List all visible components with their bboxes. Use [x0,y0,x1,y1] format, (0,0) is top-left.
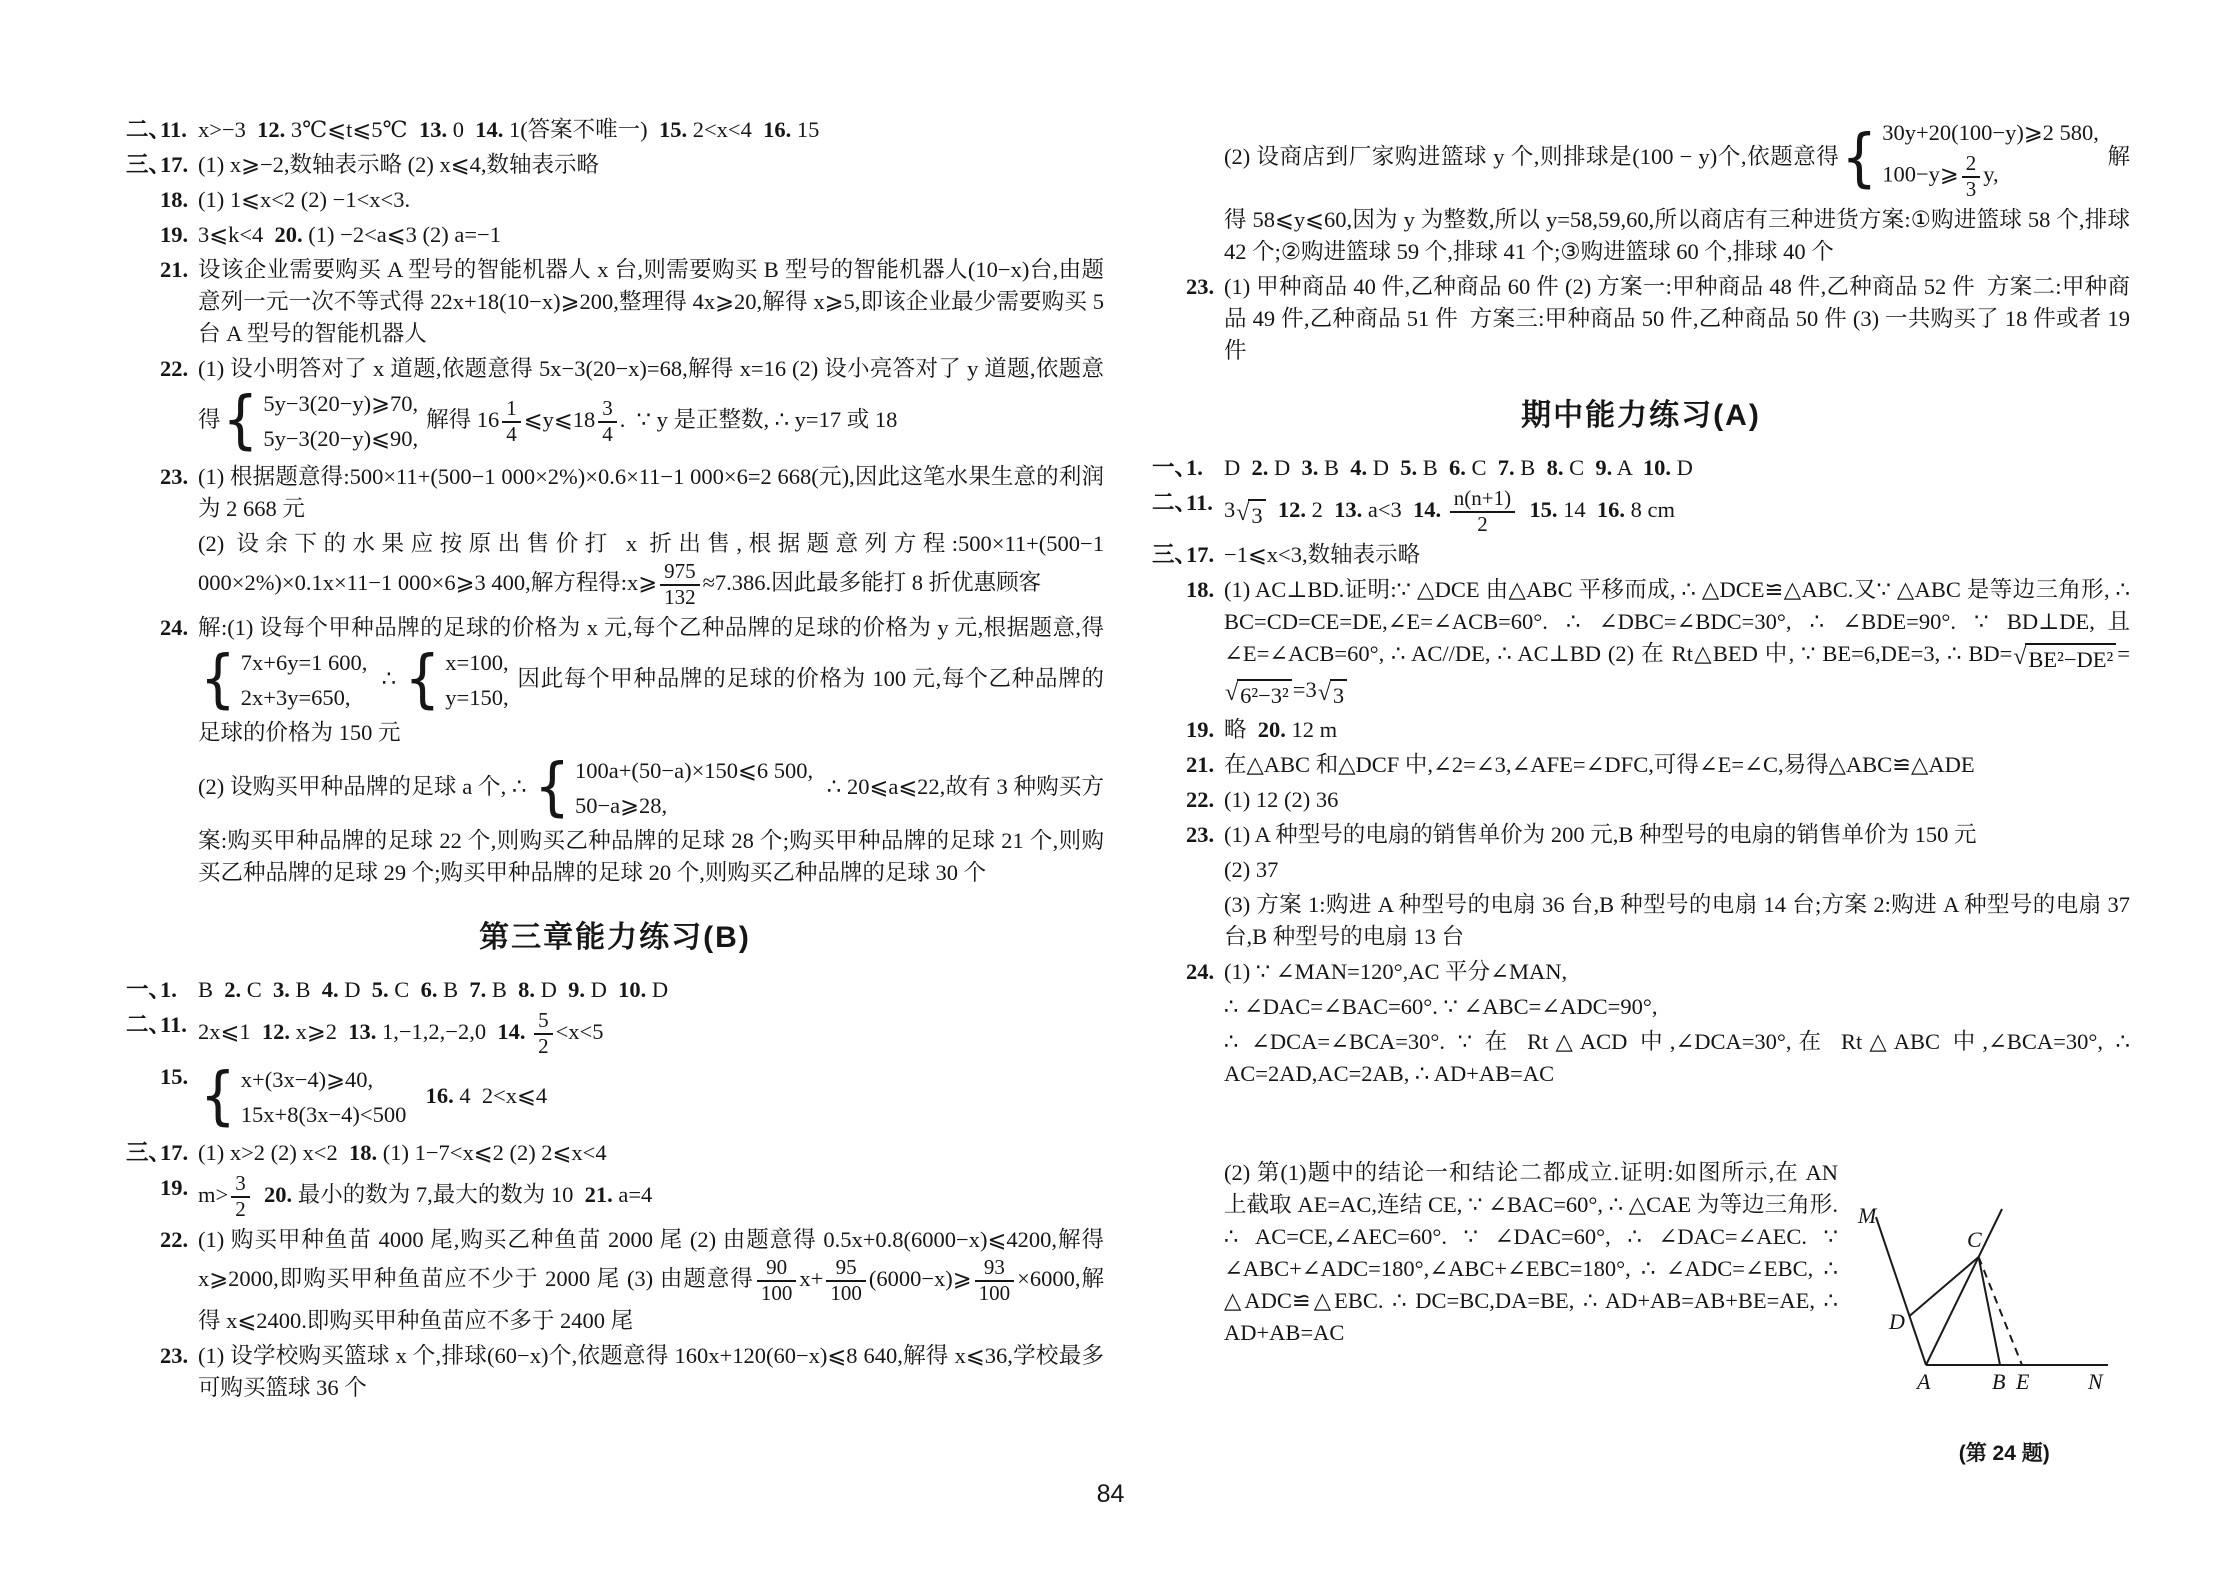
item-number: 22. [160,1224,188,1256]
text-run: 14. [1413,497,1441,522]
item-content: (1) x⩾−2,数轴表示略 (2) x⩽4,数轴表示略 [198,152,599,177]
answer-item: 23.(1) 根据题意得:500×11+(500−1 000×2%)×0.6×1… [126,461,1104,525]
fraction-denominator: 100 [975,1282,1015,1306]
fraction: 90100 [757,1256,797,1305]
text-run: D [1671,455,1693,480]
text-run: 8. [518,977,535,1002]
fraction-numerator: 1 [502,397,521,423]
system-line: 7x+6y=1 600, [241,647,368,679]
text-run: = [2117,641,2130,666]
text-run: (3) 方案 1:购进 A 种型号的电扇 36 台,B 种型号的电扇 14 台;… [1224,892,2136,949]
answer-item: 一、1.B 2. C 3. B 4. D 5. C 6. B 7. B 8. D… [126,974,1104,1006]
segment-DC [1910,1257,1979,1316]
item-content: (1) 设学校购买篮球 x 个,排球(60−x)个,依题意得 160x+120(… [198,1343,1104,1400]
text-run: B [1515,455,1547,480]
item-content: (1) 设小明答对了 x 道题,依题意得 5x−3(20−x)=68,解得 x=… [198,356,1104,432]
item-number: 22. [1186,784,1214,816]
text-run [414,1083,425,1108]
radicand: BE²−DE² [2025,643,2116,674]
answer-item: 18.(1) AC⊥BD.证明:∵ △DCE 由△ABC 平移而成, ∴ △DC… [1152,574,2130,711]
text-run: 2x⩽1 [198,1019,262,1044]
system-line: 2x+3y=650, [241,682,368,714]
answer-item: 三、17.(1) x⩾−2,数轴表示略 (2) x⩽4,数轴表示略 [126,149,1104,181]
text-run: 6. [1449,455,1466,480]
fraction-numerator: 5 [534,1009,553,1035]
text-run: 设该企业需要购买 A 型号的智能机器人 x 台,则需要购买 B 型号的智能机器人… [198,257,1110,346]
text-run: 9. [568,977,585,1002]
text-run: (1) 1−7<x⩽2 (2) 2⩽x<4 [377,1140,607,1165]
system-lines: 7x+6y=1 600,2x+3y=650, [241,647,368,714]
text-run: x>−3 [198,117,257,142]
text-run: −1⩽x<3,数轴表示略 [1224,542,1420,567]
fraction-numerator: 2 [1962,152,1981,178]
text-run: D [1224,455,1252,480]
item-number: 18. [1186,574,1214,606]
text-run: 略 [1224,717,1258,742]
answer-item: 二、11.x>−3 12. 3℃⩽t⩽5℃ 13. 0 14. 1(答案不唯一)… [126,114,1104,146]
system-line: 30y+20(100−y)⩾2 580, [1882,117,2099,149]
text-run: a=4 [613,1182,653,1207]
text-run: D [646,977,668,1002]
text-run: D [585,977,618,1002]
system-line: 15x+8(3x−4)<500 [241,1099,407,1131]
text-run: x=100, [445,650,508,675]
text-run: y=150, [445,685,508,710]
system-lines: x=100,y=150, [445,647,508,714]
item-content: 3⩽k<4 20. (1) −2<a⩽3 (2) a=−1 [198,222,501,247]
item-number: 22. [160,353,188,385]
text-run: 13. [1334,497,1362,522]
item-content: (3) 方案 1:购进 A 种型号的电扇 36 台,B 种型号的电扇 14 台;… [1224,892,2136,949]
text-run: 14. [475,117,503,142]
item-content: (2) 设余下的水果应按原出售价打 x 折出售,根据题意列方程:500×11+(… [198,531,1110,595]
item-content: (2) 设购买甲种品牌的足球 a 个, ∴ {100a+(50−a)×150⩽6… [198,774,1104,885]
text-run: 15 [791,117,819,142]
item-content: (1) AC⊥BD.证明:∵ △DCE 由△ABC 平移而成, ∴ △DCE≌△… [1224,577,2136,702]
text-run: 2. [1252,455,1269,480]
text-run: 50−a⩾28, [575,793,667,818]
text-run: 最小的数为 7,最大的数为 10 [292,1182,585,1207]
text-run: 21. [585,1182,613,1207]
text-run: (1) −2<a⩽3 (2) a=−1 [303,222,501,247]
system-lines: 100a+(50−a)×150⩽6 500,50−a⩾28, [575,755,813,822]
answer-item: 15.{x+(3x−4)⩾40,15x+8(3x−4)<500 16. 4 2<… [126,1061,1104,1134]
fraction-denominator: 4 [598,423,617,447]
line-MA [1876,1217,1926,1365]
text-run: (1) 1⩽x<2 (2) −1<x<3. [198,187,410,212]
text-run [1441,497,1447,522]
radical: √6²−3² [1225,679,1292,710]
item-content: ∴ ∠DCA=∠BCA=30°. ∵ 在 Rt△ACD 中,∠DCA=30°,在… [1224,1029,2134,1086]
radicand: 3 [1248,499,1265,530]
answer-item: 22.(1) 12 (2) 36 [1152,784,2130,816]
answer-item: 二、11.2x⩽1 12. x⩾2 13. 1,−1,2,−2,0 14. 52… [126,1009,1104,1058]
item-number: 1. [160,974,177,1006]
item-number: 23. [160,1340,188,1372]
answer-item: 23.(1) 设学校购买篮球 x 个,排球(60−x)个,依题意得 160x+1… [126,1340,1104,1404]
fraction: 23 [1962,152,1981,201]
text-run: ⩽y⩽18 [524,407,595,432]
text-run: 3 [1224,497,1235,522]
fraction-denominator: 100 [826,1282,866,1306]
answer-sub-paragraph: (2) 37 [1152,854,2130,886]
item-number: 21. [160,254,188,286]
text-run: 3⩽k<4 [198,222,275,247]
item-content: B 2. C 3. B 4. D 5. C 6. B 7. B 8. D 9. … [198,977,668,1002]
item-number: 1. [1186,452,1203,484]
answer-item: 19.略 20. 12 m [1152,714,2130,746]
point-label-A: A [1915,1369,1931,1394]
text-run: 0 [447,117,475,142]
text-run: 4 2<x⩽4 [454,1083,547,1108]
item-content: (1) x>2 (2) x<2 18. (1) 1−7<x⩽2 (2) 2⩽x<… [198,1140,607,1165]
answer-sub-paragraph: (3) 方案 1:购进 A 种型号的电扇 36 台,B 种型号的电扇 14 台;… [1152,889,2130,953]
text-run: A [1612,455,1643,480]
figure-caption: (第 24 题) [1959,1442,2050,1465]
fraction: 32 [231,1172,250,1221]
text-run: 20. [264,1182,292,1207]
fraction: 975132 [660,560,700,609]
system-line: x=100, [445,647,508,679]
left-brace-glyph: { [404,649,440,712]
radical: √BE²−DE² [2013,643,2116,674]
answer-item: 22.(1) 购买甲种鱼苗 4000 尾,购买乙种鱼苗 2000 尾 (2) 由… [126,1224,1104,1337]
text-run: D [1367,455,1400,480]
geometry-figure: M C D A B E N [1856,1193,2130,1405]
text-run: (1) AC⊥BD.证明:∵ △DCE 由△ABC 平移而成, ∴ △DCE≌△… [1224,577,2136,666]
text-run: 16. [1597,497,1625,522]
text-run: (1) 根据题意得:500×11+(500−1 000×2%)×0.6×11−1… [198,464,1104,521]
text-run: 15. [659,117,687,142]
item-number: 23. [160,461,188,493]
section-heading: 第三章能力练习(B) [126,892,1104,974]
fraction: 14 [502,397,521,446]
item-content: −1⩽x<3,数轴表示略 [1224,542,1420,567]
item-content: m>32 20. 最小的数为 7,最大的数为 10 21. a=4 [198,1182,652,1207]
left-brace-glyph: { [223,390,259,453]
text-run: (1) ∵ ∠MAN=120°,AC 平分∠MAN, [1224,959,1567,984]
item-number: 24. [160,612,188,644]
fraction-numerator: 93 [975,1256,1015,1282]
text-run: B [486,977,518,1002]
text-run: m> [198,1182,228,1207]
section-heading: 期中能力练习(A) [1152,370,2130,452]
figure-problem-24: M C D A B E N (第 24 题) [1856,1129,2130,1502]
text-run: (1) 12 (2) 36 [1224,787,1338,812]
text-run: 9. [1595,455,1612,480]
text-run: 10. [618,977,646,1002]
fraction: 95100 [826,1256,866,1305]
text-run: C [1563,455,1595,480]
text-run: 4. [322,977,339,1002]
page-number: 84 [0,1478,2221,1510]
text-run: a<3 [1362,497,1413,522]
answer-item: 21.在△ABC 和△DCF 中,∠2=∠3,∠AFE=∠DFC,可得∠E=∠C… [1152,749,2130,781]
fraction: 34 [598,397,617,446]
item-content: 设该企业需要购买 A 型号的智能机器人 x 台,则需要购买 B 型号的智能机器人… [198,257,1110,346]
text-run: 3℃⩽t⩽5℃ [285,117,419,142]
item-content: 解:(1) 设每个甲种品牌的足球的价格为 x 元,每个乙种品牌的足球的价格为 y… [198,615,1104,745]
answers-column-right: (2) 设商店到厂家购进篮球 y 个,则排球是(100 − y)个,依题意得{3… [1152,114,2130,1506]
fraction-denominator: 4 [502,423,521,447]
text-run: ≈7.386.因此最多能打 8 折优惠顾客 [703,570,1042,595]
left-brace-glyph: { [534,757,570,820]
fraction-numerator: 975 [660,560,700,586]
system-line: 50−a⩾28, [575,790,813,822]
text-run: . ∵ y 是正整数, ∴ y=17 或 18 [620,407,898,432]
fraction: 52 [534,1009,553,1058]
system-line: y=150, [445,682,508,714]
text-run: D [535,977,568,1002]
answer-sub-paragraph: (2) 设余下的水果应按原出售价打 x 折出售,根据题意列方程:500×11+(… [126,528,1104,609]
item-number: 24. [1186,956,1214,988]
point-label-E: E [2015,1369,2030,1394]
fraction-denominator: 100 [757,1282,797,1306]
text-run: x+(3x−4)⩾40, [241,1067,373,1092]
text-run [253,1182,264,1207]
left-brace-glyph: { [1841,128,1877,191]
item-number: 17. [160,149,188,181]
fraction-numerator: 3 [231,1172,250,1198]
system-line: 100−y⩾23y, [1882,152,2099,201]
text-run: (6000−x)⩾ [869,1266,972,1291]
item-content: (2) 设商店到厂家购进篮球 y 个,则排球是(100 − y)个,依题意得{3… [1224,144,2136,264]
answers-column-left: 二、11.x>−3 12. 3℃⩽t⩽5℃ 13. 0 14. 1(答案不唯一)… [126,114,1104,1407]
system-line: 5y−3(20−y)⩽90, [263,423,418,455]
answer-sub-paragraph: (2) 设商店到厂家购进篮球 y 个,则排球是(100 − y)个,依题意得{3… [1152,114,2130,268]
item-number: 15. [160,1061,188,1093]
item-content: (1) 1⩽x<2 (2) −1<x<3. [198,187,410,212]
segment-CE-dashed [1979,1257,2022,1365]
text-run: B [290,977,322,1002]
system-lines: x+(3x−4)⩾40,15x+8(3x−4)<500 [241,1064,407,1131]
text-run: 12. [1278,497,1306,522]
point-label-B: B [1992,1369,2005,1394]
text-run: 14. [497,1019,525,1044]
text-run: C [241,977,273,1002]
fraction-denominator: 132 [660,586,700,610]
text-run: x⩾2 [290,1019,348,1044]
point-label-D: D [1888,1309,1905,1334]
answer-item: 一、1.D 2. D 3. B 4. D 5. B 6. C 7. B 8. C… [1152,452,2130,484]
answer-item: 二、11.3√3 12. 2 13. a<3 14. n(n+1)2 15. 1… [1152,487,2130,536]
text-run: 18. [349,1140,377,1165]
book-page: 二、11.x>−3 12. 3℃⩽t⩽5℃ 13. 0 14. 1(答案不唯一)… [0,0,2221,1571]
text-run: ∴ [375,666,402,691]
item-number: 19. [1186,714,1214,746]
text-run: 2 [1306,497,1334,522]
item-number: 17. [160,1137,188,1169]
item-content: 在△ABC 和△DCF 中,∠2=∠3,∠AFE=∠DFC,可得∠E=∠C,易得… [1224,752,1975,777]
text-run: 12 m [1286,717,1337,742]
point-label-M: M [1857,1203,1878,1228]
equation-system: {5y−3(20−y)⩾70,5y−3(20−y)⩽90, [223,388,419,455]
text-run: 20. [1258,717,1286,742]
text-run: 5. [1400,455,1417,480]
item-content: ∴ ∠DAC=∠BAC=60°. ∵ ∠ABC=∠ADC=90°, [1224,994,1657,1019]
text-run: (1) 购买甲种鱼苗 4000 尾,购买乙种鱼苗 2000 尾 (2) 由题意得… [198,1227,1110,1291]
text-run: 7. [469,977,486,1002]
text-run: (2) 设商店到厂家购进篮球 y 个,则排球是(100 − y)个,依题意得 [1224,144,1839,169]
item-number: 21. [1186,749,1214,781]
text-run: 30y+20(100−y)⩾2 580, [1882,120,2099,145]
text-run: 13. [419,117,447,142]
system-line: x+(3x−4)⩾40, [241,1064,407,1096]
equation-system: {7x+6y=1 600,2x+3y=650, [200,647,367,714]
item-content: 2x⩽1 12. x⩾2 13. 1,−1,2,−2,0 14. 52<x<5 [198,1019,604,1044]
item-content: (1) ∵ ∠MAN=120°,AC 平分∠MAN, [1224,959,1567,984]
text-run: B [198,977,224,1002]
item-content: (1) 12 (2) 36 [1224,787,1338,812]
text-run: ∴ ∠DAC=∠BAC=60°. ∵ ∠ABC=∠ADC=90°, [1224,994,1657,1019]
text-run: C [389,977,421,1002]
answer-sub-paragraph: ∴ ∠DCA=∠BCA=30°. ∵ 在 Rt△ACD 中,∠DCA=30°,在… [1152,1026,2130,1090]
item-content: (1) 根据题意得:500×11+(500−1 000×2%)×0.6×11−1… [198,464,1104,521]
text-run: 12. [257,117,285,142]
text-run: (2) 第(1)题中的结论一和结论二都成立.证明:如图所示,在 AN 上截取 A… [1224,1160,1844,1345]
system-line: 5y−3(20−y)⩾70, [263,388,418,420]
text-run: 2<x<4 [687,117,763,142]
item-number: 19. [160,219,188,251]
item-content: 略 20. 12 m [1224,717,1337,742]
text-run: (1) 甲种商品 40 件,乙种商品 60 件 (2) 方案一:甲种商品 48 … [1224,274,2136,363]
text-run: 15x+8(3x−4)<500 [241,1102,407,1127]
text-run: 14 [1558,497,1597,522]
item-number: 19. [160,1172,188,1204]
item-content: (1) 甲种商品 40 件,乙种商品 60 件 (2) 方案一:甲种商品 48 … [1224,274,2136,363]
system-lines: 5y−3(20−y)⩾70,5y−3(20−y)⩽90, [263,388,418,455]
text-run: 5y−3(20−y)⩾70, [263,391,418,416]
text-run: 100−y⩾ [1882,162,1959,187]
text-run [1518,497,1529,522]
text-run: 4. [1350,455,1367,480]
text-run: (1) x>2 (2) x<2 [198,1140,349,1165]
text-run: 7. [1498,455,1515,480]
text-run: 2. [224,977,241,1002]
item-number: 18. [160,184,188,216]
answer-item: 19.3⩽k<4 20. (1) −2<a⩽3 (2) a=−1 [126,219,1104,251]
answer-item: 22.(1) 设小明答对了 x 道题,依题意得 5x−3(20−x)=68,解得… [126,353,1104,458]
text-run: 2x+3y=650, [241,685,351,710]
text-run: 1(答案不唯一) [503,117,659,142]
text-run: B [1417,455,1449,480]
answer-item: 三、17.−1⩽x<3,数轴表示略 [1152,539,2130,571]
text-run: 在△ABC 和△DCF 中,∠2=∠3,∠AFE=∠DFC,可得∠E=∠C,易得… [1224,752,1975,777]
answer-sub-paragraph: M C D A B E N (第 24 题) (2) 第(1)题中的结论一和结论… [1152,1093,2130,1349]
text-run: =3 [1293,677,1317,702]
text-run: 8. [1547,455,1564,480]
text-run: x+ [799,1266,823,1291]
radical: √3 [1236,499,1265,530]
answer-sub-paragraph: (2) 设购买甲种品牌的足球 a 个, ∴ {100a+(50−a)×150⩽6… [126,752,1104,889]
text-run: 100a+(50−a)×150⩽6 500, [575,758,813,783]
fraction-numerator: 95 [826,1256,866,1282]
item-content: (1) A 种型号的电扇的销售单价为 200 元,B 种型号的电扇的销售单价为 … [1224,822,1977,847]
left-brace-glyph: { [200,649,236,712]
text-run: 15. [1529,497,1557,522]
text-run: 20. [275,222,303,247]
fraction: 93100 [975,1256,1015,1305]
text-run: 12. [262,1019,290,1044]
point-label-C: C [1967,1227,1982,1252]
text-run: <x<5 [556,1019,604,1044]
item-number: 17. [1186,539,1214,571]
text-run: 13. [348,1019,376,1044]
answer-item: 21.设该企业需要购买 A 型号的智能机器人 x 台,则需要购买 B 型号的智能… [126,254,1104,350]
radicand: 6²−3² [1237,679,1292,710]
answer-item: 19.m>32 20. 最小的数为 7,最大的数为 10 21. a=4 [126,1172,1104,1221]
fraction-denominator: 2 [231,1198,250,1222]
item-number: 11. [160,114,187,146]
text-run: B [437,977,469,1002]
item-number: 11. [1186,487,1213,519]
text-run: 6. [421,977,438,1002]
equation-system: {x+(3x−4)⩾40,15x+8(3x−4)<500 [200,1064,406,1131]
text-run: 3. [273,977,290,1002]
text-run: (1) x⩾−2,数轴表示略 (2) x⩽4,数轴表示略 [198,152,599,177]
text-run: D [339,977,372,1002]
equation-system: {x=100,y=150, [404,647,508,714]
fraction-denominator: 2 [1450,513,1515,537]
answer-item: 24.(1) ∵ ∠MAN=120°,AC 平分∠MAN, [1152,956,2130,988]
fraction-numerator: n(n+1) [1450,487,1515,513]
item-content: (1) 购买甲种鱼苗 4000 尾,购买乙种鱼苗 2000 尾 (2) 由题意得… [198,1227,1110,1333]
text-run: 1,−1,2,−2,0 [376,1019,497,1044]
item-content: D 2. D 3. B 4. D 5. B 6. C 7. B 8. C 9. … [1224,455,1693,480]
item-content: {x+(3x−4)⩾40,15x+8(3x−4)<500 16. 4 2<x⩽4 [198,1083,547,1108]
item-number: 23. [1186,819,1214,851]
text-run: 解:(1) 设每个甲种品牌的足球的价格为 x 元,每个乙种品牌的足球的价格为 y… [198,615,1104,640]
item-number: 23. [1186,271,1214,303]
text-run: 16. [426,1083,454,1108]
text-run: 5y−3(20−y)⩽90, [263,426,418,451]
equation-system: {100a+(50−a)×150⩽6 500,50−a⩾28, [534,755,813,822]
radical: √3 [1318,679,1347,710]
text-run: 10. [1643,455,1671,480]
answer-item: 23.(1) 甲种商品 40 件,乙种商品 60 件 (2) 方案一:甲种商品 … [1152,271,2130,367]
text-run: C [1466,455,1498,480]
system-lines: 30y+20(100−y)⩾2 580,100−y⩾23y, [1882,117,2099,201]
text-run: ∴ ∠DCA=∠BCA=30°. ∵ 在 Rt△ACD 中,∠DCA=30°,在… [1224,1029,2134,1086]
text-run: D [1268,455,1301,480]
answer-item: 24.解:(1) 设每个甲种品牌的足球的价格为 x 元,每个乙种品牌的足球的价格… [126,612,1104,749]
text-run: 5. [372,977,389,1002]
answer-item: 23.(1) A 种型号的电扇的销售单价为 200 元,B 种型号的电扇的销售单… [1152,819,2130,851]
fraction-numerator: 90 [757,1256,797,1282]
equation-system: {30y+20(100−y)⩾2 580,100−y⩾23y, [1841,117,2099,201]
item-content: 3√3 12. 2 13. a<3 14. n(n+1)2 15. 14 16.… [1224,497,1675,522]
point-label-N: N [2087,1369,2104,1394]
text-run: (1) 设学校购买篮球 x 个,排球(60−x)个,依题意得 160x+120(… [198,1343,1104,1400]
text-run: 8 cm [1625,497,1675,522]
fraction-denominator: 2 [534,1035,553,1059]
item-content: (2) 37 [1224,857,1278,882]
segment-CB [1979,1257,2000,1365]
text-run: (1) A 种型号的电扇的销售单价为 200 元,B 种型号的电扇的销售单价为 … [1224,822,1977,847]
text-run: 3. [1302,455,1319,480]
left-brace-glyph: { [200,1066,236,1129]
text-run [1267,497,1278,522]
answer-item: 三、17.(1) x>2 (2) x<2 18. (1) 1−7<x⩽2 (2)… [126,1137,1104,1169]
text-run: 解得 16 [426,407,499,432]
text-run: B [1318,455,1350,480]
answer-item: 18.(1) 1⩽x<2 (2) −1<x<3. [126,184,1104,216]
system-line: 100a+(50−a)×150⩽6 500, [575,755,813,787]
text-run: 16. [763,117,791,142]
radicand: 3 [1330,679,1347,710]
item-number: 11. [160,1009,187,1041]
text-run: (2) 37 [1224,857,1278,882]
